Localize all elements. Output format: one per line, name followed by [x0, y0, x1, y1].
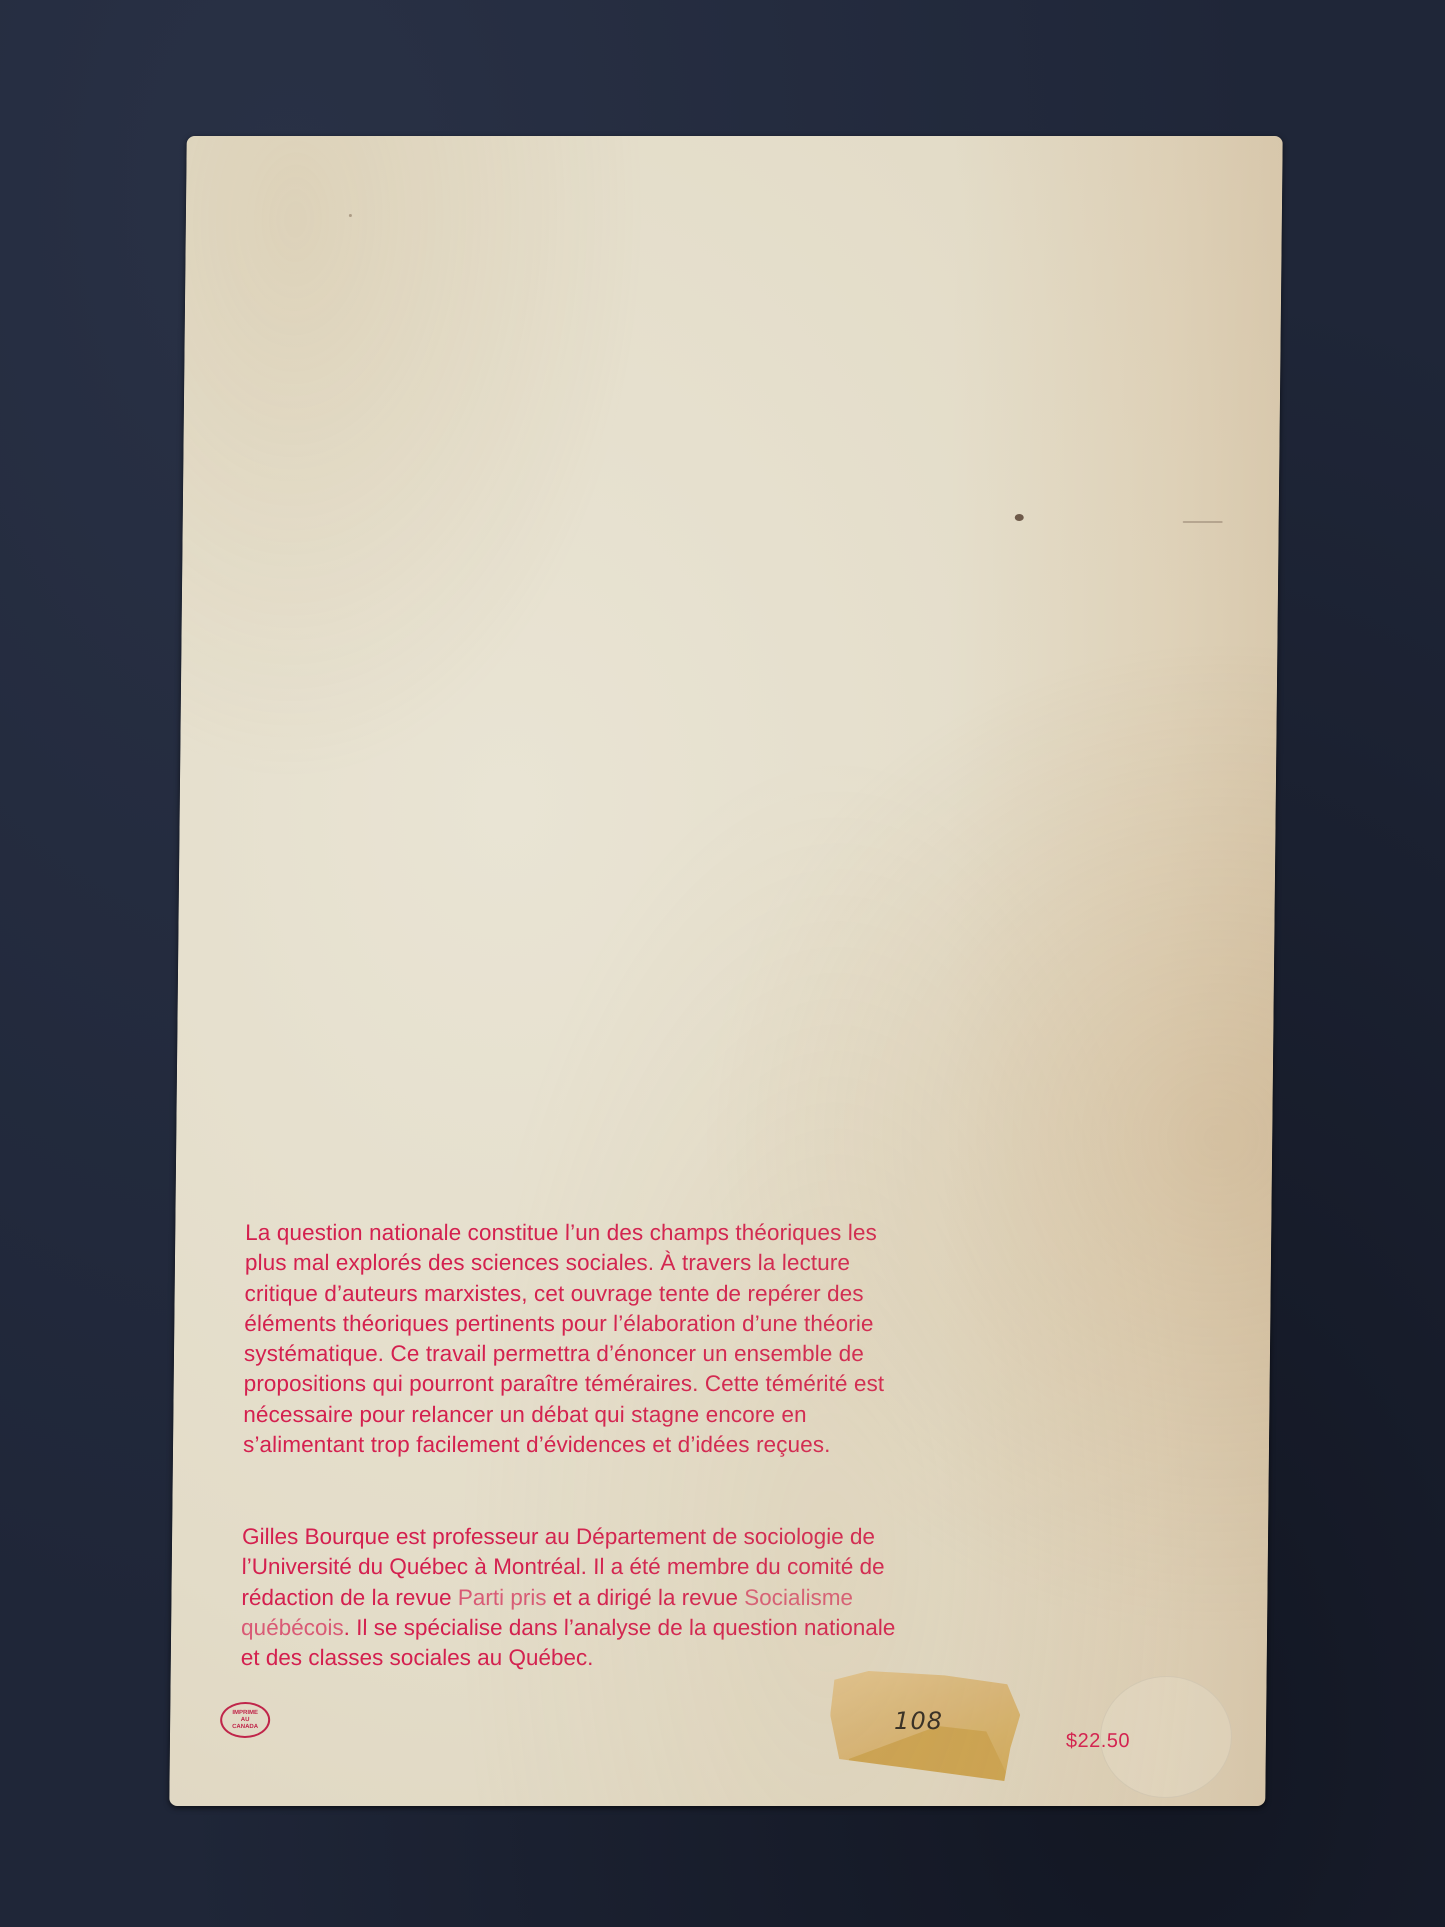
journal-title-socialisme: Socialisme	[744, 1585, 853, 1610]
description-line: systématique. Ce travail permettra d’éno…	[244, 1339, 1184, 1369]
printed-in-canada-stamp: IMPRIME AU CANADA	[220, 1702, 270, 1738]
handwritten-note: 108	[894, 1707, 943, 1735]
author-bio: Gilles Bourque est professeur au Départe…	[241, 1522, 1183, 1673]
bio-line: québécois. Il se spécialise dans l’analy…	[241, 1613, 1181, 1643]
journal-title-quebecois: québécois	[241, 1615, 344, 1640]
stamp-line: CANADA	[222, 1724, 268, 1731]
bio-text: et a dirigé la revue	[546, 1585, 744, 1610]
description-line: critique d’auteurs marxistes, cet ouvrag…	[244, 1279, 1184, 1309]
journal-title-parti-pris: Parti pris	[458, 1585, 547, 1610]
bio-line: rédaction de la revue Parti pris et a di…	[241, 1583, 1181, 1613]
description-line: plus mal explorés des sciences sociales.…	[245, 1248, 1185, 1278]
stain-spot	[1015, 514, 1024, 521]
price-label: $22.50	[1066, 1730, 1130, 1753]
bio-line: Gilles Bourque est professeur au Départe…	[242, 1522, 1182, 1552]
stain-spot	[1183, 521, 1223, 523]
description-line: éléments théoriques pertinents pour l’él…	[244, 1309, 1184, 1339]
stamp-line: IMPRIME	[222, 1710, 268, 1717]
bio-text: . Il se spécialise dans l’analyse de la …	[344, 1615, 896, 1640]
description-line: s’alimentant trop facilement d’évidences…	[243, 1430, 1183, 1460]
description-line: propositions qui pourront paraître témér…	[244, 1369, 1184, 1399]
bio-line: et des classes sociales au Québec.	[241, 1643, 1181, 1673]
book-back-cover: La question nationale constitue l’un des…	[169, 136, 1282, 1806]
book-description: La question nationale constitue l’un des…	[243, 1218, 1186, 1460]
bio-line: l’Université du Québec à Montréal. Il a …	[242, 1552, 1182, 1582]
description-line: La question nationale constitue l’un des…	[245, 1218, 1185, 1248]
stain-spot	[349, 214, 352, 217]
description-line: nécessaire pour relancer un débat qui st…	[243, 1400, 1183, 1430]
stamp-line: AU	[222, 1717, 268, 1724]
bio-text: rédaction de la revue	[241, 1585, 458, 1610]
